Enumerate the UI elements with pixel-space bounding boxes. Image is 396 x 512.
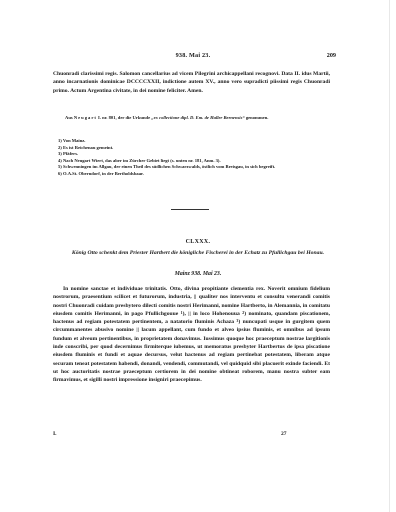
page-edge-line <box>389 0 390 512</box>
document-number: CLXXX. <box>0 239 396 245</box>
footnote-1: 1) Von Mainz. <box>58 138 330 145</box>
footnote-2: 2) Es ist Reichenau gemeint. <box>58 145 330 152</box>
document-date: Mainz 938. Mai 23. <box>0 271 396 277</box>
running-head: 938. Mai 23. 209 <box>53 52 333 62</box>
source-suffix: genommen. <box>245 115 269 120</box>
footnotes: 1) Von Mainz. 2) Es ist Reichenau gemein… <box>58 138 330 178</box>
source-collection: „ex collectione dipl. D. Em. de Haller B… <box>151 115 244 120</box>
running-head-date: 938. Mai 23. <box>53 52 333 59</box>
page-footer: I. 27 <box>53 431 330 439</box>
source-author: Neugart <box>74 115 97 120</box>
source-prefix: Aus <box>65 115 74 120</box>
document-title: König Otto schenkt dem Priester Hartbert… <box>58 249 338 257</box>
signature-mark-right: 27 <box>281 431 287 437</box>
page-number: 209 <box>327 52 336 59</box>
footnote-6: 6) O.A.St. Oberndorf, in der Bertholdsba… <box>58 171 330 178</box>
charter-paragraph: In nomine sanctae et individuae trinitat… <box>53 285 330 385</box>
footnote-4: 4) Nach Neugart Wiert, das aber im Zürch… <box>58 158 330 165</box>
footnote-5: 5) Schwenningen im Allgau, der einen The… <box>58 164 330 171</box>
footnote-3: 3) Pfäfers. <box>58 151 330 158</box>
intro-paragraph-block: Chuonradi clarissimi regis. Salomon canc… <box>53 70 330 95</box>
source-middle: I. nr. 801, der die Urkunde <box>97 115 151 120</box>
signature-mark-left: I. <box>53 431 57 437</box>
body-segment: ) nuncupati usque in gurgitem quem circu… <box>53 319 330 383</box>
intro-paragraph: Chuonradi clarissimi regis. Salomon canc… <box>53 70 330 95</box>
charter-body: In nomine sanctae et individuae trinitat… <box>53 285 330 385</box>
section-divider <box>171 209 209 210</box>
source-note: Aus Neugart I. nr. 801, der die Urkunde … <box>53 114 330 121</box>
body-segment: ), || in loco Hohenouua <box>183 311 243 317</box>
